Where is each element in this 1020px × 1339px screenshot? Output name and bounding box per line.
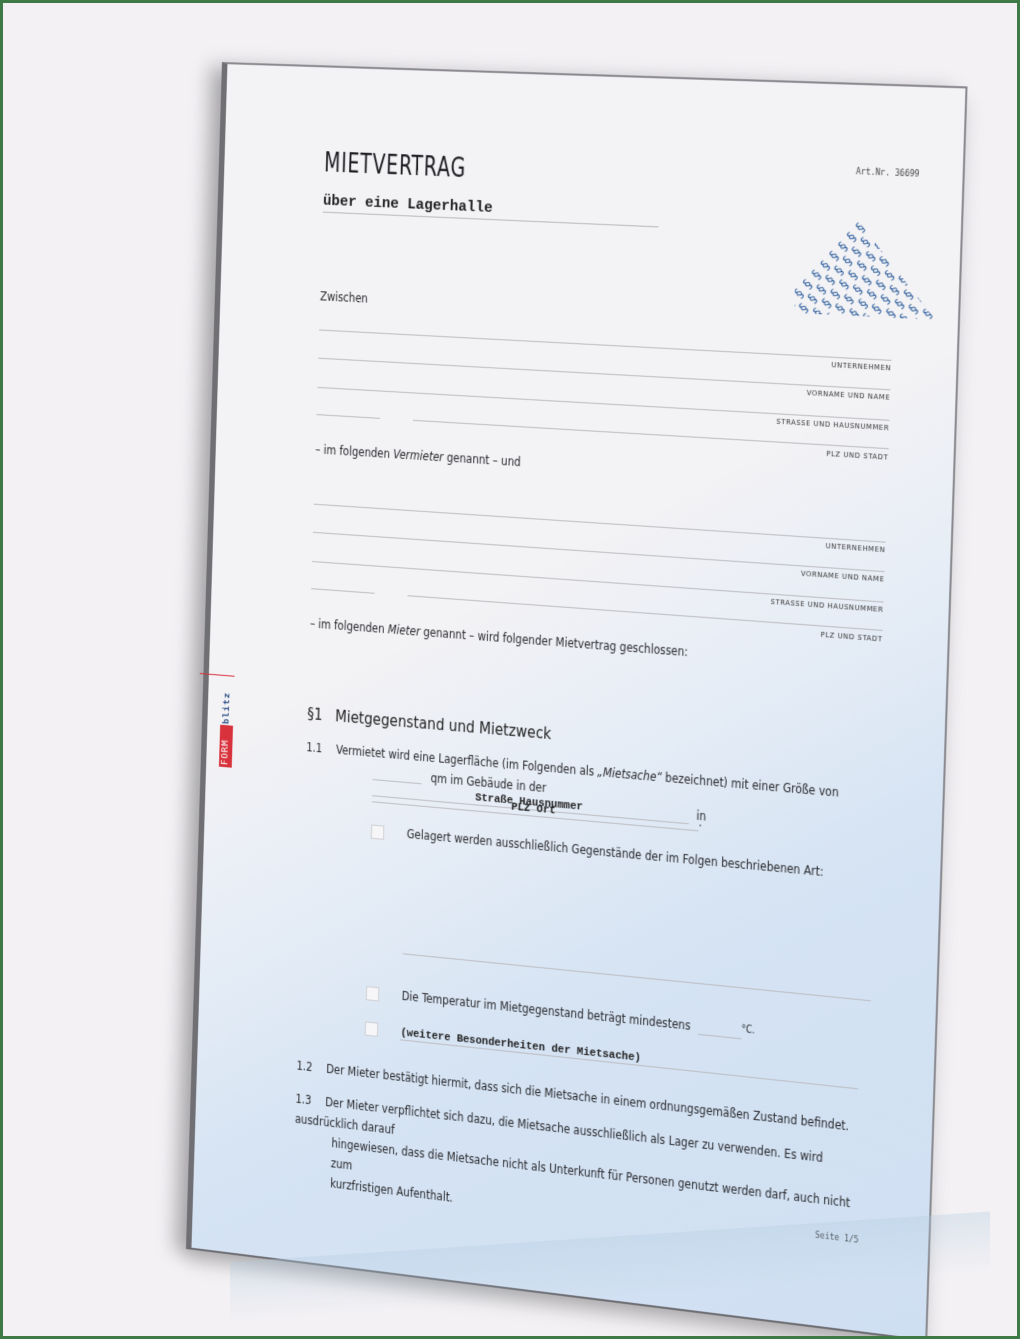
document-subtitle: über eine Lagerhalle <box>323 192 659 227</box>
logo-blitz: blitz <box>220 675 234 727</box>
temperature-input[interactable] <box>698 1021 742 1039</box>
document-title: MIETVERTRAG <box>324 148 467 184</box>
city-input-line[interactable] <box>413 420 889 449</box>
zip-input-line[interactable] <box>311 588 374 594</box>
tenant-note: – im folgenden Mieter genannt – wird fol… <box>310 616 688 659</box>
tenant-fields: UNTERNEHMEN VORNAME UND NAME STRASSE UND… <box>311 475 886 631</box>
option-label: Die Temperatur im Mietgegenstand beträgt… <box>402 989 691 1033</box>
logo-rule <box>200 673 222 676</box>
option-stored-goods: Gelagert werden ausschließlich Gegenstän… <box>371 823 824 879</box>
option-label: Gelagert werden ausschließlich Gegenstän… <box>407 827 824 879</box>
unit-label: °C. <box>741 1024 755 1037</box>
section-title: Mietgegenstand und Mietzweck <box>335 706 552 743</box>
stored-goods-checkbox[interactable] <box>371 824 385 839</box>
term: „Mietsache“ <box>597 765 662 785</box>
field-label: PLZ UND STADT <box>821 630 883 644</box>
formblitz-logo: blitz FORM <box>219 675 235 768</box>
stage: MIETVERTRAG über eine Lagerhalle Art.Nr.… <box>0 0 1020 1339</box>
note-text: genannt – wird folgender Mietvertrag ges… <box>420 625 688 660</box>
section-number: §1 <box>307 704 335 725</box>
note-text: – im folgenden <box>310 616 388 636</box>
logo-form: FORM <box>219 725 233 768</box>
landlord-fields: UNTERNEHMEN VORNAME UND NAME STRASSE UND… <box>316 301 892 449</box>
article-number: Art.Nr. 36699 <box>856 167 920 179</box>
city-input-line[interactable] <box>407 595 882 631</box>
field-label: PLZ UND STADT <box>826 449 888 462</box>
zip-input-line[interactable] <box>316 414 379 419</box>
role-term: Vermieter <box>393 447 444 464</box>
paragraph-text: . <box>698 815 702 830</box>
note-text: genannt – und <box>443 450 521 469</box>
section-1-heading: §1Mietgegenstand und Mietzweck <box>307 704 552 743</box>
logo-blitz-text: blitz <box>222 692 232 725</box>
document-page: MIETVERTRAG über eine Lagerhalle Art.Nr.… <box>186 62 968 1339</box>
goods-description-input[interactable] <box>403 953 871 1001</box>
note-text: – im folgenden <box>315 442 393 461</box>
paragraph-number: 1.3 <box>295 1089 325 1112</box>
size-qm-input[interactable] <box>373 767 422 784</box>
temperature-checkbox[interactable] <box>366 986 380 1001</box>
landlord-note: – im folgenden Vermieter genannt – und <box>315 442 521 469</box>
other-checkbox[interactable] <box>365 1021 379 1037</box>
logo-form-text: FORM <box>221 739 231 765</box>
paragraph-number: 1.1 <box>306 740 336 757</box>
paragraph-number: 1.2 <box>296 1058 326 1075</box>
role-term: Mieter <box>388 622 421 639</box>
